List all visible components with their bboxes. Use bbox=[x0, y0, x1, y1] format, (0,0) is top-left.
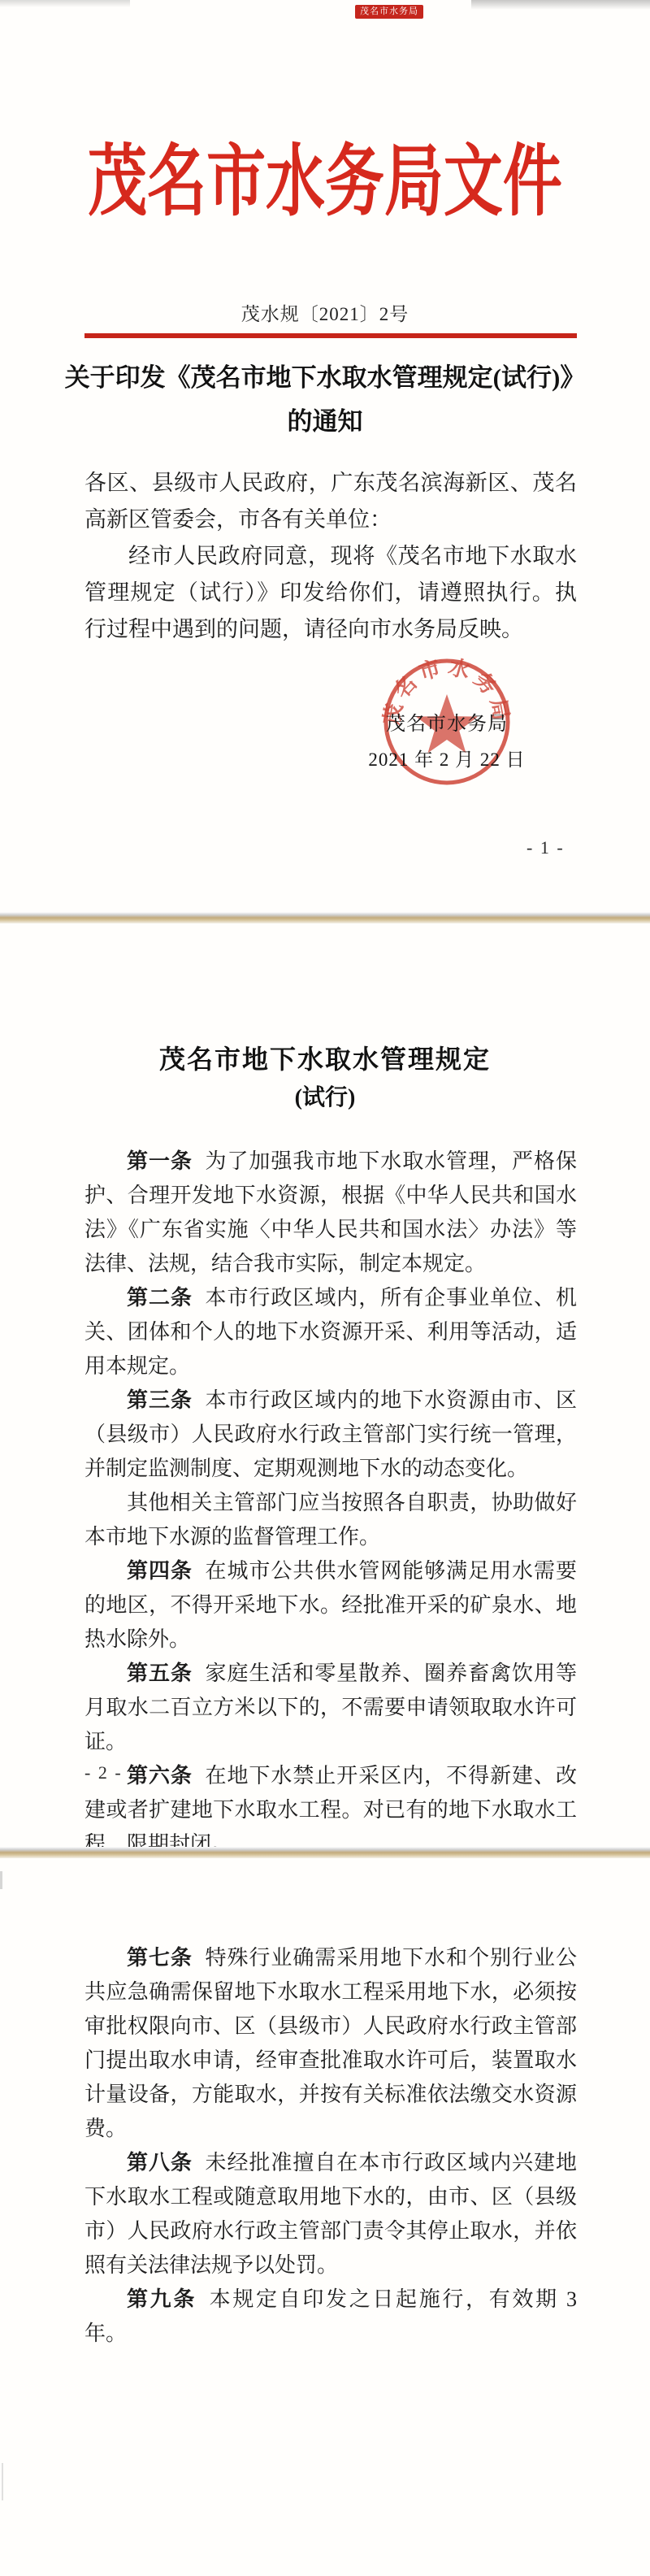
page-divider bbox=[0, 1847, 650, 1858]
agency-banner-title: 茂名市水务局文件 bbox=[78, 143, 572, 221]
scan-artifact bbox=[2, 2463, 3, 2500]
regulation-subtitle: (试行) bbox=[0, 1079, 650, 1112]
article-lead: 第八条 bbox=[127, 2151, 193, 2174]
header-stamp: 茂名市水务局 bbox=[355, 5, 423, 19]
seal-agency-name: 茂名市水务局 bbox=[382, 707, 512, 736]
article-paragraph: 其他相关主管部门应当按照各自职责，协助做好本市地下水源的监督管理工作。 bbox=[84, 1486, 577, 1554]
article-lead: 第二条 bbox=[127, 1286, 193, 1310]
article-paragraph: 第一条为了加强我市地下水取水管理，严格保护、合理开发地下水资源，根据《中华人民共… bbox=[84, 1145, 577, 1281]
article-lead: 第五条 bbox=[127, 1662, 193, 1685]
article-paragraph: 第五条家庭生活和零星散养、圈养畜禽饮用等月取水二百立方米以下的，不需要申请领取取… bbox=[84, 1657, 577, 1759]
article-paragraph: 第七条特殊行业确需采用地下水和个别行业公共应急确需保留地下水取水工程采用地下水，… bbox=[84, 1941, 577, 2146]
doc-number: 茂水规〔2021〕2号 bbox=[0, 299, 650, 326]
regulation-body-page2: 第一条为了加强我市地下水取水管理，严格保护、合理开发地下水资源，根据《中华人民共… bbox=[84, 1145, 577, 1861]
notice-title: 关于印发《茂名市地下水取水管理规定(试行)》 的通知 bbox=[0, 356, 650, 444]
page-number-1: - 1 - bbox=[526, 837, 565, 858]
article-lead: 第六条 bbox=[127, 1764, 193, 1788]
recipients-line: 各区、县级市人民政府，广东茂名滨海新区、茂名高新区管委会，市各有关单位： bbox=[84, 465, 577, 538]
article-lead: 第三条 bbox=[127, 1388, 193, 1412]
article-paragraph: 第三条本市行政区域内的地下水资源由市、区（县级市）人民政府水行政主管部门实行统一… bbox=[84, 1384, 577, 1486]
scan-artifact bbox=[0, 0, 130, 7]
issue-date: 2021 年 2 月 22 日 bbox=[357, 745, 536, 771]
red-separator-rule bbox=[84, 333, 577, 338]
regulation-title: 茂名市地下水取水管理规定 bbox=[0, 1039, 650, 1076]
notice-paragraph: 经市人民政府同意，现将《茂名市地下水取水管理规定（试行）》印发给你们，请遵照执行… bbox=[84, 538, 577, 648]
page-number-2: - 2 - bbox=[84, 1762, 123, 1783]
scan-artifact bbox=[471, 0, 650, 10]
notice-title-line1: 关于印发《茂名市地下水取水管理规定(试行)》 bbox=[0, 356, 650, 400]
article-text: 其他相关主管部门应当按照各自职责，协助做好本市地下水源的监督管理工作。 bbox=[84, 1491, 577, 1549]
article-lead: 第九条 bbox=[127, 2287, 197, 2311]
page-divider bbox=[0, 912, 650, 923]
scanned-official-document: 茂名市水务局 茂名市水务局文件 茂水规〔2021〕2号 关于印发《茂名市地下水取… bbox=[0, 0, 650, 2576]
regulation-body-page3: 第七条特殊行业确需采用地下水和个别行业公共应急确需保留地下水取水工程采用地下水，… bbox=[84, 1941, 577, 2351]
notice-body: 各区、县级市人民政府，广东茂名滨海新区、茂名高新区管委会，市各有关单位： 经市人… bbox=[84, 465, 577, 648]
article-text: 特殊行业确需采用地下水和个别行业公共应急确需保留地下水取水工程采用地下水，必须按… bbox=[84, 1946, 577, 2140]
article-lead: 第一条 bbox=[127, 1149, 193, 1173]
article-lead: 第七条 bbox=[127, 1946, 193, 1970]
article-paragraph: 第九条本规定自印发之日起施行，有效期 3 年。 bbox=[84, 2283, 577, 2351]
article-paragraph: 第二条本市行政区域内，所有企事业单位、机关、团体和个人的地下水资源开采、利用等活… bbox=[84, 1281, 577, 1384]
article-paragraph: 第四条在城市公共供水管网能够满足用水需要的地区，不得开采地下水。经批准开采的矿泉… bbox=[84, 1554, 577, 1657]
article-lead: 第四条 bbox=[127, 1559, 193, 1583]
scan-artifact bbox=[0, 1871, 2, 1889]
article-paragraph: 第八条未经批准擅自在本市行政区域内兴建地下水取水工程或随意取用地下水的，由市、区… bbox=[84, 2146, 577, 2283]
notice-title-line2: 的通知 bbox=[0, 400, 650, 444]
